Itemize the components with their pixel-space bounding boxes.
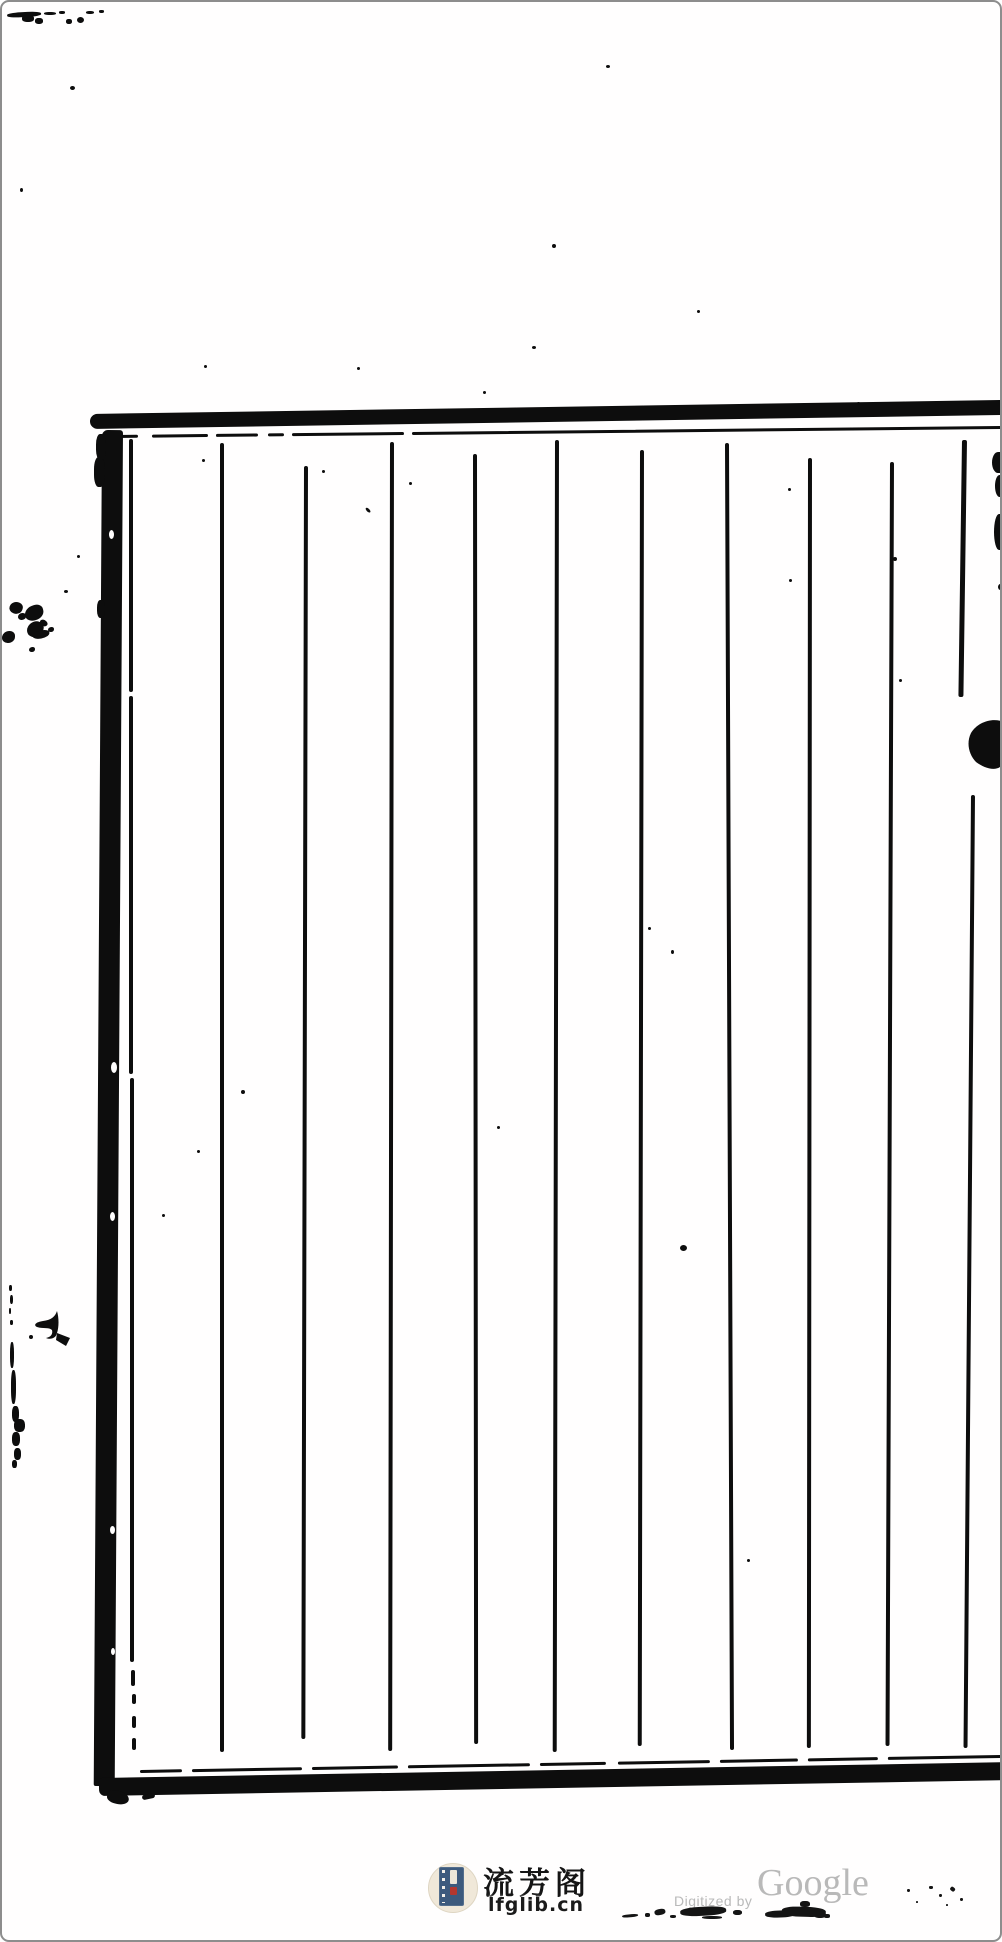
- bottom-inner-segment: [888, 1755, 1002, 1760]
- ink-speck: [204, 365, 207, 368]
- border-ink-bump: [94, 457, 105, 487]
- edge-streak-piece: [10, 1342, 14, 1368]
- glyph-fragment: [994, 514, 1002, 550]
- bottom-inner-segment: [618, 1760, 710, 1765]
- ink-smudge: [960, 1898, 963, 1901]
- bottom-inner-segment: [140, 1769, 182, 1773]
- edge-streak-piece: [10, 1320, 13, 1325]
- frame-top-inner-line: [112, 426, 1002, 439]
- ink-speck: [680, 1245, 687, 1251]
- ink-speck: [747, 1559, 750, 1562]
- ink-smudge: [654, 1908, 666, 1916]
- edge-streak-piece: [11, 1370, 16, 1404]
- ink-speck: [20, 188, 23, 192]
- top-inner-segment: [268, 433, 284, 436]
- ink-speck: [202, 459, 205, 462]
- ink-streak: [99, 10, 104, 13]
- bottom-inner-segment: [808, 1757, 878, 1761]
- ink-smudge: [702, 1916, 722, 1919]
- ink-streak: [86, 11, 94, 14]
- ink-speck: [29, 1335, 33, 1339]
- left-inner-segment: [131, 1670, 135, 1686]
- ink-speck: [606, 65, 610, 68]
- ink-smudge: [622, 1914, 638, 1918]
- ink-speck: [409, 482, 412, 485]
- border-white-notch: [111, 1648, 115, 1655]
- top-inner-segment: [412, 426, 1002, 435]
- column-line: [964, 795, 975, 1748]
- border-ink-bump: [97, 600, 105, 618]
- ink-speck: [789, 579, 792, 582]
- glyph-fragment: [992, 452, 1002, 473]
- left-inner-segment: [132, 1738, 136, 1750]
- ink-speck: [322, 470, 325, 473]
- ink-speck: [241, 1090, 245, 1094]
- ink-speck: [497, 1126, 500, 1129]
- seal-icon: [450, 1887, 457, 1895]
- ink-smudge: [733, 1910, 742, 1915]
- border-white-notch: [110, 1212, 115, 1221]
- ink-smudge: [680, 1906, 726, 1917]
- column-line: [553, 440, 559, 1752]
- ink-streak: [59, 11, 65, 14]
- border-ink-bump: [96, 434, 106, 460]
- column-line: [473, 454, 478, 1744]
- ink-splatter-blob: [18, 613, 26, 620]
- ink-speck: [893, 557, 897, 561]
- column-line: [725, 443, 734, 1750]
- left-inner-segment: [129, 696, 133, 1074]
- border-white-notch: [109, 530, 114, 539]
- ink-speck: [552, 244, 556, 248]
- ink-smudge: [916, 1901, 918, 1903]
- frame-bottom-border: [99, 1762, 1002, 1796]
- edge-streak-piece: [10, 1295, 13, 1304]
- ink-streak: [44, 12, 56, 15]
- ink-smudge: [929, 1886, 933, 1889]
- ink-speck: [671, 950, 674, 954]
- edge-streak-piece: [12, 1460, 17, 1468]
- column-line: [886, 462, 894, 1746]
- top-inner-segment: [292, 432, 404, 436]
- ink-splatter-blob: [48, 627, 54, 632]
- ink-speck: [788, 488, 791, 491]
- bottom-inner-segment: [408, 1763, 530, 1768]
- border-white-notch: [111, 1062, 117, 1073]
- edge-streak-piece: [9, 1285, 12, 1291]
- scanned-page: 流芳阁 lfglib.cn Digitized by Google: [0, 0, 1002, 1942]
- ink-speck: [483, 391, 486, 394]
- ink-speck: [70, 86, 75, 90]
- left-inner-segment: [132, 1694, 136, 1704]
- ink-streak: [22, 15, 34, 22]
- ink-smudge: [907, 1889, 910, 1892]
- ink-speck: [162, 1214, 165, 1217]
- ink-smudge: [946, 1904, 948, 1906]
- column-line: [958, 440, 966, 697]
- ink-speck: [857, 402, 860, 405]
- bottom-inner-segment: [720, 1759, 798, 1763]
- left-inner-segment: [129, 439, 133, 692]
- ink-smudge: [949, 1886, 955, 1892]
- google-logo: Google: [757, 1864, 869, 1902]
- ink-speck: [648, 927, 651, 930]
- ink-speck: [697, 310, 700, 313]
- top-inner-segment: [216, 434, 258, 437]
- ink-smudge: [824, 1914, 830, 1918]
- ink-splatter-blob: [29, 647, 35, 652]
- ink-speck: [64, 590, 68, 593]
- ink-speck: [77, 17, 84, 23]
- column-line: [638, 450, 644, 1746]
- ink-smudge: [645, 1913, 650, 1917]
- ink-streak: [66, 19, 72, 24]
- ink-mark-bird: [26, 1306, 72, 1352]
- book-spine-stitches: [442, 1870, 445, 1903]
- edge-streak-piece: [9, 1308, 11, 1314]
- ink-blot-right-edge: [964, 715, 1001, 779]
- column-line: [220, 443, 224, 1752]
- bottom-inner-segment: [192, 1767, 302, 1772]
- left-inner-segment: [132, 1716, 136, 1728]
- bottom-inner-segment: [312, 1765, 398, 1770]
- ink-speck: [899, 679, 902, 682]
- bottom-inner-segment: [540, 1762, 606, 1766]
- frame-corner-dash: [142, 1793, 156, 1801]
- ink-speck: [365, 507, 371, 513]
- frame-top-border: [90, 400, 1002, 429]
- ink-speck: [357, 367, 360, 370]
- left-inner-segment: [130, 1078, 134, 1662]
- column-line: [807, 458, 812, 1748]
- column-line: [388, 442, 394, 1751]
- edge-streak-piece: [14, 1419, 25, 1432]
- glyph-fragment: [998, 584, 1002, 590]
- ink-speck: [77, 555, 80, 558]
- ink-smudge: [800, 1901, 810, 1907]
- ink-smudge: [939, 1894, 942, 1897]
- ink-splatter-blob: [2, 631, 15, 643]
- edge-streak-piece: [14, 1448, 21, 1460]
- glyph-fragment: [995, 475, 1002, 497]
- ink-speck: [197, 1150, 200, 1153]
- book-title-slip: [450, 1870, 457, 1884]
- border-white-notch: [110, 1526, 115, 1534]
- top-inner-segment: [152, 434, 208, 438]
- watermark-domain: lfglib.cn: [488, 1894, 584, 1916]
- ink-smudge: [670, 1915, 676, 1918]
- edge-streak-piece: [12, 1432, 20, 1446]
- column-line: [301, 466, 308, 1739]
- ink-speck: [532, 346, 536, 349]
- ink-streak: [35, 18, 43, 24]
- frame-left-border: [94, 430, 123, 1786]
